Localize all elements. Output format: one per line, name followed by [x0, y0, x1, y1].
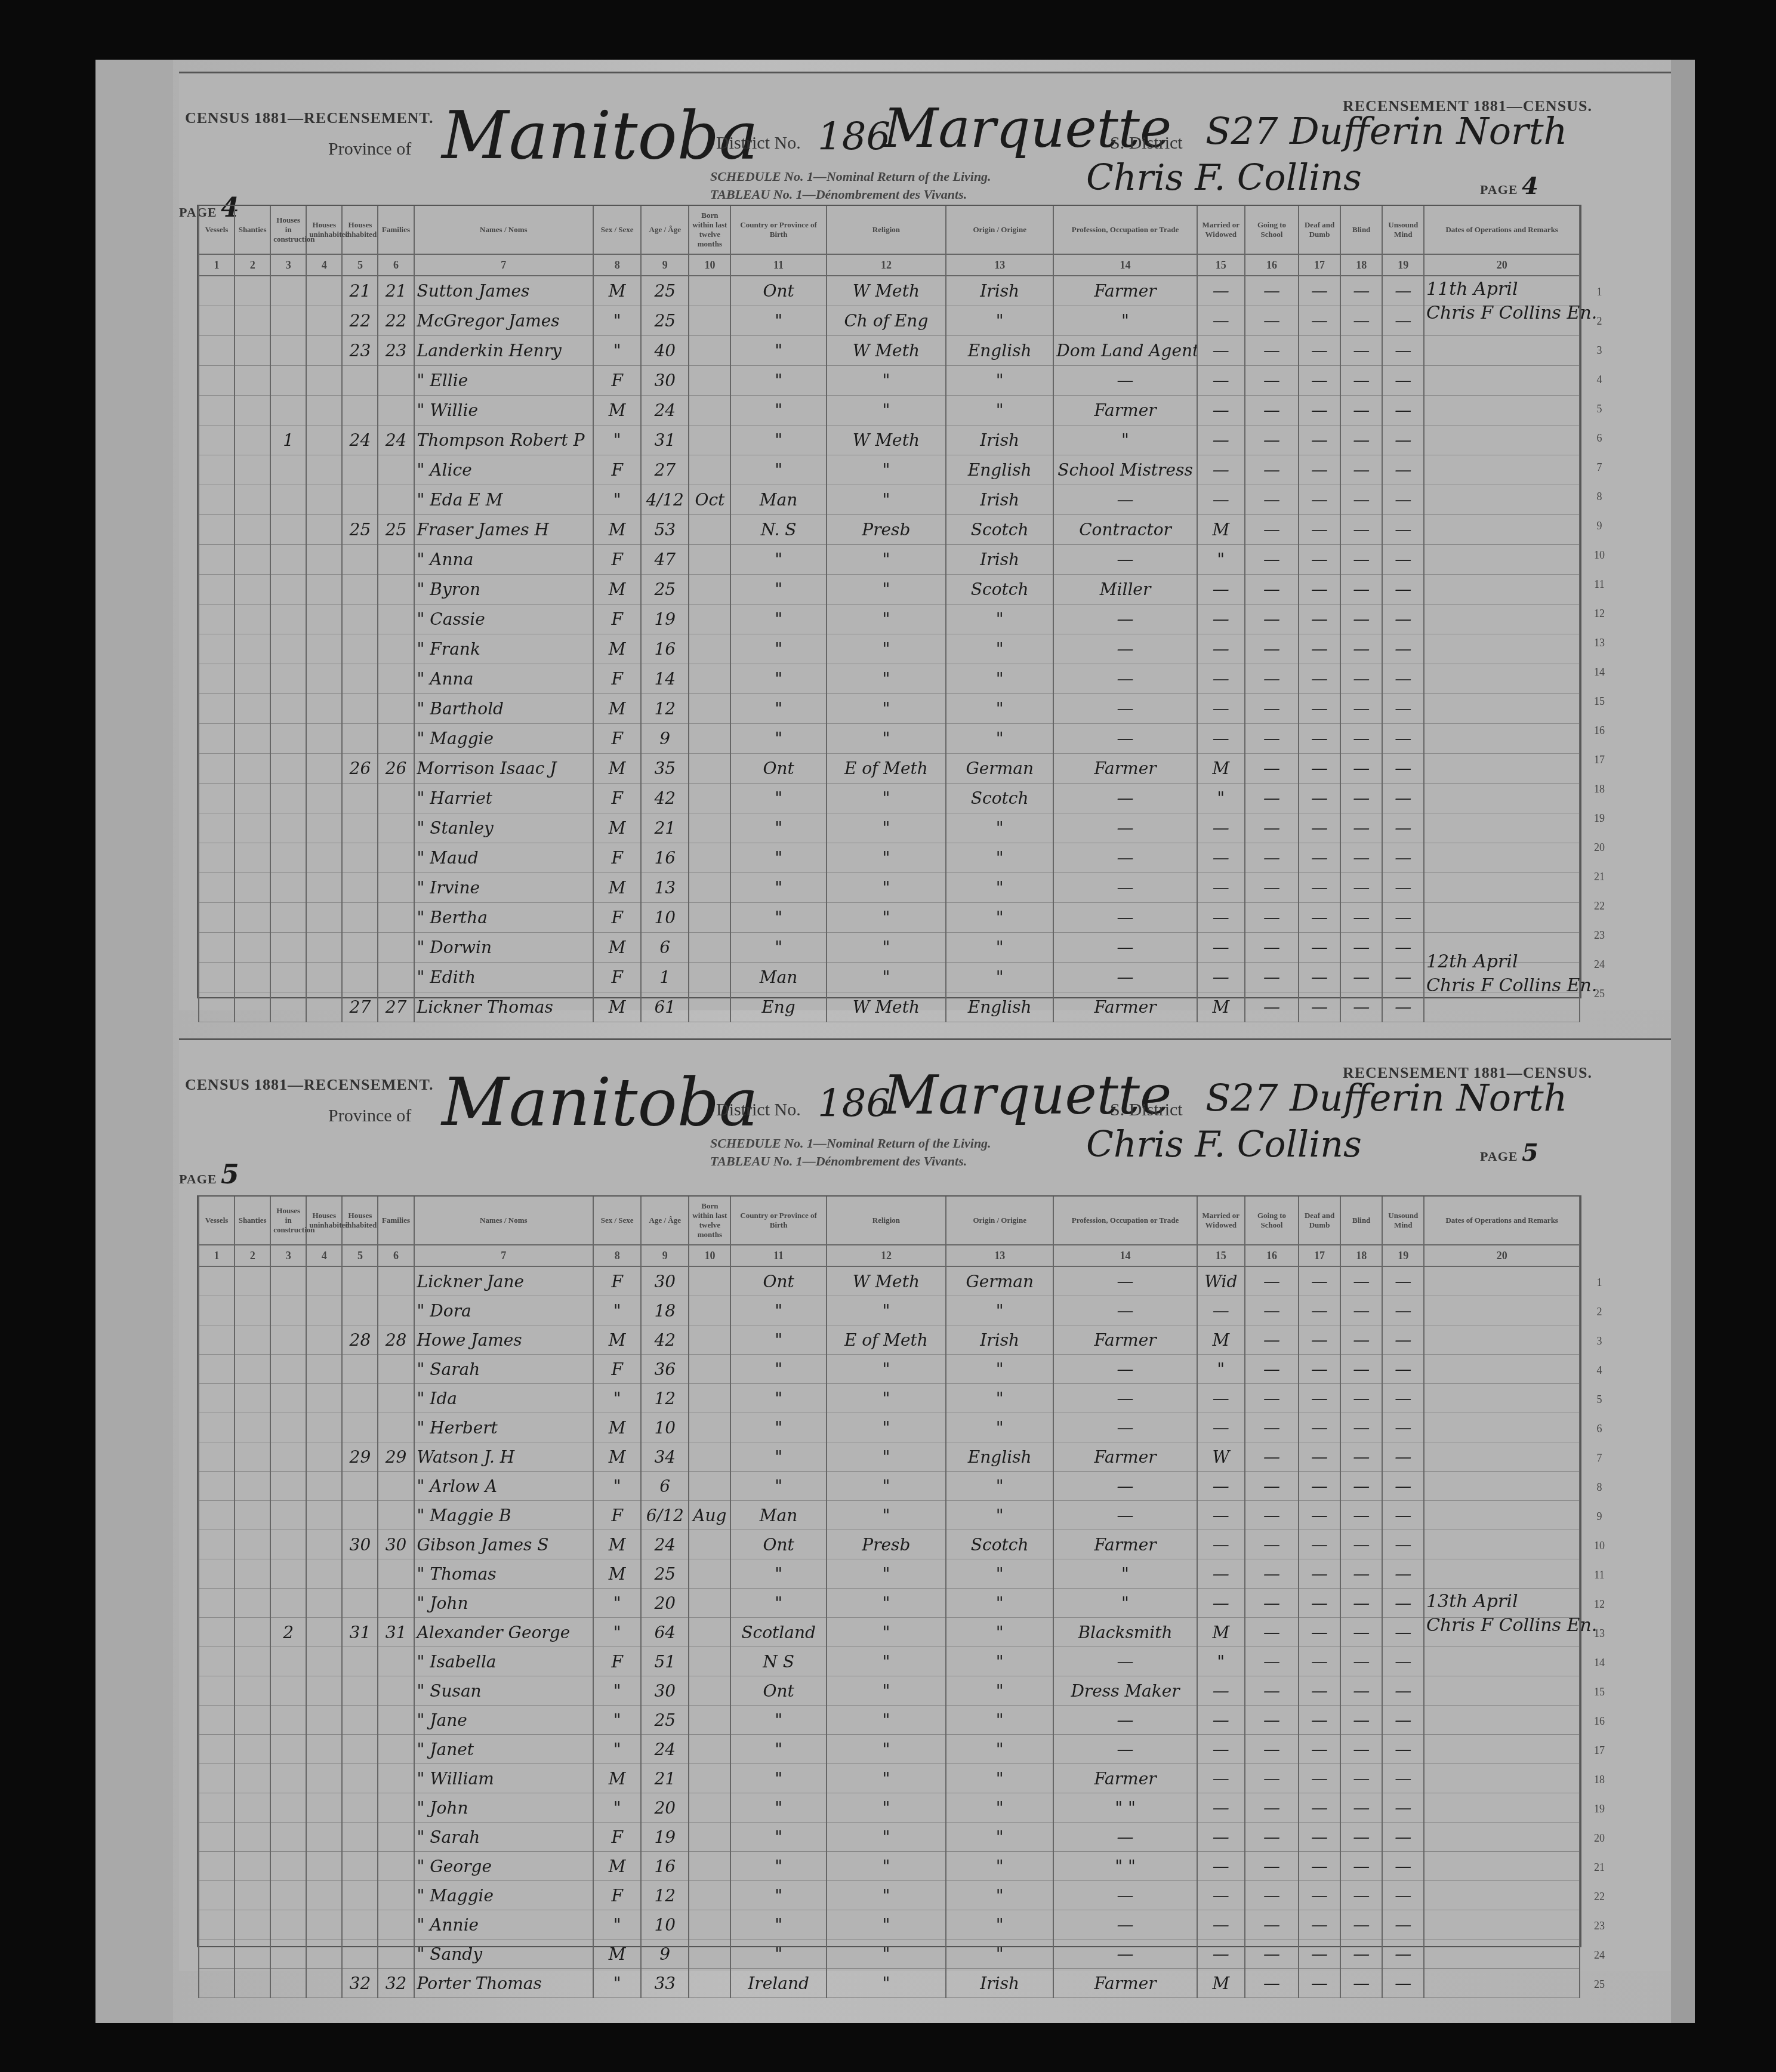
table-cell: [342, 1852, 378, 1881]
table-cell: 24: [342, 425, 378, 455]
table-cell: ": [730, 1589, 826, 1618]
table-cell: [306, 515, 342, 545]
table-row: " Annie"10"""——————: [199, 1910, 1580, 1940]
table-cell: —: [1245, 1559, 1299, 1589]
table-cell: 42: [641, 1325, 689, 1355]
table-cell: —: [1245, 1852, 1299, 1881]
table-cell: ": [946, 1501, 1053, 1530]
table-cell: [306, 1823, 342, 1852]
table-cell: ": [946, 1881, 1053, 1910]
table-cell: Farmer: [1053, 992, 1197, 1022]
table-cell: [199, 873, 235, 903]
table-cell: [342, 963, 378, 992]
table-cell: 42: [641, 784, 689, 813]
table-cell: [1424, 903, 1580, 933]
table-cell: [235, 455, 270, 485]
column-header: Families: [378, 206, 414, 254]
table-cell: [1424, 396, 1580, 425]
table-cell: ": [827, 1647, 946, 1676]
table-cell: [306, 545, 342, 575]
table-cell: [306, 963, 342, 992]
table-cell: ": [593, 1706, 641, 1735]
table-cell: —: [1245, 366, 1299, 396]
table-cell: [1424, 515, 1580, 545]
column-header: Blind: [1340, 206, 1382, 254]
table-cell: [689, 1559, 730, 1589]
table-cell: ": [827, 903, 946, 933]
table-cell: Man: [730, 485, 826, 515]
table-cell: [378, 1413, 414, 1442]
table-cell: ": [593, 425, 641, 455]
table-cell: 28: [378, 1325, 414, 1355]
table-cell: [270, 724, 306, 754]
census-page: CENSUS 1881—RECENSEMENT. Province of Man…: [179, 1038, 1671, 1971]
table-cell: " Sarah: [414, 1355, 594, 1384]
table-cell: —: [1340, 634, 1382, 664]
table-cell: " Susan: [414, 1676, 594, 1706]
table-cell: [342, 1559, 378, 1589]
table-cell: —: [1299, 724, 1340, 754]
table-cell: 16: [641, 634, 689, 664]
table-row: 23131Alexander George"64Scotland""Blacks…: [199, 1618, 1580, 1647]
table-cell: [342, 873, 378, 903]
table-cell: [342, 1266, 378, 1296]
sub-district-label: S. District: [1110, 133, 1183, 153]
table-cell: " Frank: [414, 634, 594, 664]
table-cell: [342, 1940, 378, 1969]
table-cell: —: [1382, 1852, 1424, 1881]
table-cell: ": [730, 694, 826, 724]
table-cell: —: [1299, 455, 1340, 485]
table-cell: [378, 963, 414, 992]
table-cell: M: [593, 754, 641, 784]
table-cell: [270, 754, 306, 784]
row-number: 13: [1587, 628, 1611, 658]
table-cell: 30: [641, 1266, 689, 1296]
table-cell: Ont: [730, 1676, 826, 1706]
table-cell: [689, 336, 730, 366]
table-cell: [306, 813, 342, 843]
table-cell: ": [946, 1355, 1053, 1384]
table-cell: [1424, 784, 1580, 813]
table-cell: E of Meth: [827, 754, 946, 784]
table-cell: 6: [641, 1472, 689, 1501]
table-cell: —: [1299, 1589, 1340, 1618]
table-cell: [235, 276, 270, 306]
table-cell: [342, 1296, 378, 1325]
table-cell: " Cassie: [414, 605, 594, 634]
table-cell: [689, 1706, 730, 1735]
table-cell: " Stanley: [414, 813, 594, 843]
sub-district-label: S. District: [1110, 1100, 1183, 1120]
table-cell: —: [1382, 1501, 1424, 1530]
row-number: 19: [1587, 804, 1611, 833]
table-cell: Gibson James S: [414, 1530, 594, 1559]
table-cell: —: [1053, 366, 1197, 396]
table-cell: [689, 425, 730, 455]
table-cell: [235, 1325, 270, 1355]
table-cell: ": [1197, 784, 1245, 813]
table-cell: [306, 843, 342, 873]
table-cell: [270, 933, 306, 963]
row-number: 15: [1587, 687, 1611, 716]
table-cell: 12: [641, 1384, 689, 1413]
table-cell: W: [1197, 1442, 1245, 1472]
table-cell: [342, 694, 378, 724]
table-cell: [270, 575, 306, 605]
table-cell: " William: [414, 1764, 594, 1793]
table-cell: ": [827, 843, 946, 873]
table-cell: " Dorwin: [414, 933, 594, 963]
table-row: 3232Porter Thomas"33Ireland"IrishFarmerM…: [199, 1969, 1580, 1998]
table-cell: [235, 1559, 270, 1589]
table-cell: [689, 903, 730, 933]
column-header: Dates of Operations and Remarks: [1424, 206, 1580, 254]
table-cell: " ": [1053, 1793, 1197, 1823]
table-cell: [689, 515, 730, 545]
table-cell: —: [1245, 1910, 1299, 1940]
table-cell: [1424, 425, 1580, 455]
table-row: " MaudF16"""——————: [199, 843, 1580, 873]
table-cell: [306, 485, 342, 515]
table-cell: —: [1245, 1472, 1299, 1501]
table-cell: ": [730, 1735, 826, 1764]
table-cell: [378, 1764, 414, 1793]
sub-district-value: S27 Dufferin North: [1205, 1076, 1568, 1120]
table-cell: ": [827, 963, 946, 992]
table-cell: —: [1197, 1472, 1245, 1501]
table-cell: —: [1382, 843, 1424, 873]
table-cell: —: [1245, 545, 1299, 575]
table-cell: [306, 1676, 342, 1706]
table-row: " Janet"24"""——————: [199, 1735, 1580, 1764]
census-title-right: RECENSEMENT 1881—CENSUS.: [1343, 1064, 1592, 1082]
table-cell: [270, 1793, 306, 1823]
table-cell: W Meth: [827, 276, 946, 306]
table-cell: [1424, 1325, 1580, 1355]
table-cell: McGregor James: [414, 306, 594, 336]
table-cell: [342, 575, 378, 605]
table-row: " DorwinM6"""——————: [199, 933, 1580, 963]
table-cell: [689, 634, 730, 664]
table-cell: English: [946, 455, 1053, 485]
table-cell: —: [1197, 694, 1245, 724]
table-row: " StanleyM21"""——————: [199, 813, 1580, 843]
table-cell: —: [1340, 1296, 1382, 1325]
table-cell: [270, 1442, 306, 1472]
table-cell: —: [1245, 903, 1299, 933]
table-cell: 31: [641, 425, 689, 455]
table-cell: [689, 1618, 730, 1647]
table-cell: —: [1053, 1296, 1197, 1325]
table-cell: —: [1299, 1706, 1340, 1735]
table-cell: [199, 276, 235, 306]
table-row: " IsabellaF51N S""—"————: [199, 1647, 1580, 1676]
table-cell: [378, 1472, 414, 1501]
table-cell: Man: [730, 1501, 826, 1530]
table-cell: [689, 784, 730, 813]
column-number: 12: [827, 254, 946, 276]
table-cell: ": [730, 1442, 826, 1472]
table-cell: 20: [641, 1589, 689, 1618]
column-number: 12: [827, 1245, 946, 1266]
table-cell: M: [593, 1559, 641, 1589]
table-cell: [689, 605, 730, 634]
table-cell: —: [1340, 1266, 1382, 1296]
table-cell: [342, 634, 378, 664]
row-number: 5: [1587, 1385, 1611, 1414]
table-cell: 33: [641, 1969, 689, 1998]
table-cell: —: [1382, 1413, 1424, 1442]
table-cell: —: [1340, 1472, 1382, 1501]
table-cell: —: [1299, 366, 1340, 396]
table-cell: [342, 1472, 378, 1501]
census-table-frame: VesselsShantiesHouses in constructionHou…: [197, 205, 1581, 998]
table-cell: M: [1197, 754, 1245, 784]
table-cell: —: [1245, 664, 1299, 694]
table-cell: —: [1245, 605, 1299, 634]
table-cell: —: [1197, 1296, 1245, 1325]
table-cell: [235, 515, 270, 545]
table-cell: " Maggie: [414, 1881, 594, 1910]
table-cell: [199, 455, 235, 485]
table-cell: Irish: [946, 425, 1053, 455]
table-cell: ": [827, 1706, 946, 1735]
table-row: " MaggieF12"""——————: [199, 1881, 1580, 1910]
table-cell: ": [827, 664, 946, 694]
table-cell: ": [827, 1969, 946, 1998]
table-cell: F: [593, 366, 641, 396]
table-cell: [235, 1472, 270, 1501]
table-cell: [342, 1413, 378, 1442]
column-header: Houses uninhabited: [306, 206, 342, 254]
row-number-column: 1234567891011121314151617181920212223242…: [1587, 277, 1611, 1009]
table-cell: [378, 1355, 414, 1384]
table-cell: —: [1197, 485, 1245, 515]
table-cell: [378, 366, 414, 396]
table-cell: 19: [641, 605, 689, 634]
census-title-right: RECENSEMENT 1881—CENSUS.: [1343, 97, 1592, 115]
table-cell: [270, 515, 306, 545]
table-cell: —: [1382, 784, 1424, 813]
row-number: 12: [1587, 599, 1611, 628]
table-cell: ": [946, 1676, 1053, 1706]
table-cell: —: [1197, 1793, 1245, 1823]
table-cell: [199, 963, 235, 992]
table-cell: [378, 1940, 414, 1969]
table-cell: —: [1245, 1296, 1299, 1325]
column-number: 18: [1340, 254, 1382, 276]
table-cell: [342, 605, 378, 634]
table-cell: [306, 1881, 342, 1910]
column-header: Dates of Operations and Remarks: [1424, 1197, 1580, 1245]
table-row: " WilliamM21"""Farmer—————: [199, 1764, 1580, 1793]
column-number: 13: [946, 1245, 1053, 1266]
row-number: 20: [1587, 1824, 1611, 1853]
table-cell: —: [1245, 575, 1299, 605]
table-cell: [235, 1589, 270, 1618]
table-cell: Irish: [946, 276, 1053, 306]
table-cell: [342, 1706, 378, 1735]
table-cell: —: [1340, 1589, 1382, 1618]
table-cell: 30: [641, 1676, 689, 1706]
table-cell: [306, 1706, 342, 1735]
table-cell: ": [593, 1296, 641, 1325]
table-cell: 9: [641, 1940, 689, 1969]
remark-note: 12th April Chris F Collins En.: [1426, 950, 1597, 998]
table-cell: [378, 1501, 414, 1530]
table-cell: —: [1245, 276, 1299, 306]
table-cell: —: [1340, 1413, 1382, 1442]
table-cell: [270, 1530, 306, 1559]
table-cell: [270, 1472, 306, 1501]
table-cell: [306, 1735, 342, 1764]
column-header: Married or Widowed: [1197, 1197, 1245, 1245]
table-cell: ": [730, 724, 826, 754]
table-cell: —: [1340, 903, 1382, 933]
table-cell: —: [1197, 336, 1245, 366]
table-cell: E of Meth: [827, 1325, 946, 1355]
table-cell: —: [1340, 1940, 1382, 1969]
table-cell: —: [1053, 1881, 1197, 1910]
table-cell: —: [1197, 1910, 1245, 1940]
table-cell: Ont: [730, 276, 826, 306]
column-number: 7: [414, 1245, 594, 1266]
table-cell: —: [1245, 933, 1299, 963]
table-cell: [199, 1735, 235, 1764]
table-cell: [235, 1413, 270, 1442]
table-cell: —: [1197, 1676, 1245, 1706]
table-cell: ": [730, 1559, 826, 1589]
column-number: 11: [730, 254, 826, 276]
table-row: " ByronM25""ScotchMiller—————: [199, 575, 1580, 605]
table-cell: —: [1299, 933, 1340, 963]
table-cell: F: [593, 724, 641, 754]
table-cell: Porter Thomas: [414, 1969, 594, 1998]
row-number: 22: [1587, 1882, 1611, 1911]
table-cell: —: [1340, 724, 1382, 754]
table-cell: 47: [641, 545, 689, 575]
table-cell: [306, 1325, 342, 1355]
table-cell: Scotch: [946, 1530, 1053, 1559]
table-cell: —: [1299, 1559, 1340, 1589]
table-cell: [1424, 1501, 1580, 1530]
table-cell: ": [730, 784, 826, 813]
table-cell: F: [593, 1355, 641, 1384]
table-row: 3030Gibson James SM24OntPresbScotchFarme…: [199, 1530, 1580, 1559]
table-cell: [306, 1589, 342, 1618]
table-cell: English: [946, 1442, 1053, 1472]
table-cell: —: [1245, 1793, 1299, 1823]
table-cell: —: [1340, 664, 1382, 694]
table-cell: [342, 366, 378, 396]
table-cell: —: [1382, 545, 1424, 575]
table-cell: ": [827, 1823, 946, 1852]
table-row: " HarrietF42""Scotch—"————: [199, 784, 1580, 813]
table-cell: " Maggie: [414, 724, 594, 754]
table-cell: [342, 933, 378, 963]
table-cell: —: [1245, 634, 1299, 664]
table-cell: [306, 1559, 342, 1589]
table-cell: —: [1382, 1764, 1424, 1793]
table-cell: [378, 1706, 414, 1735]
table-cell: ": [827, 1735, 946, 1764]
table-cell: [199, 1881, 235, 1910]
column-number: 20: [1424, 254, 1580, 276]
table-cell: M: [593, 1530, 641, 1559]
table-cell: —: [1340, 396, 1382, 425]
table-cell: F: [593, 1266, 641, 1296]
table-cell: ": [730, 1940, 826, 1969]
table-cell: [378, 1881, 414, 1910]
table-cell: ": [827, 1793, 946, 1823]
table-cell: ": [946, 843, 1053, 873]
table-cell: [199, 784, 235, 813]
table-cell: " Isabella: [414, 1647, 594, 1676]
table-row: 2222McGregor James"25"Ch of Eng""—————: [199, 306, 1580, 336]
column-header: Houses inhabited: [342, 206, 378, 254]
table-cell: [199, 575, 235, 605]
row-number: 6: [1587, 1414, 1611, 1444]
table-cell: German: [946, 754, 1053, 784]
table-cell: —: [1382, 425, 1424, 455]
column-header: Profession, Occupation or Trade: [1053, 206, 1197, 254]
table-cell: [342, 784, 378, 813]
column-number: 4: [306, 1245, 342, 1266]
table-cell: —: [1340, 1501, 1382, 1530]
table-cell: —: [1382, 336, 1424, 366]
table-cell: [235, 813, 270, 843]
schedule-title: SCHEDULE No. 1—Nominal Return of the Liv…: [710, 1136, 991, 1151]
table-cell: [378, 1793, 414, 1823]
table-cell: —: [1340, 515, 1382, 545]
table-cell: [342, 1793, 378, 1823]
table-cell: [199, 1501, 235, 1530]
table-cell: 10: [641, 1910, 689, 1940]
table-cell: 29: [378, 1442, 414, 1472]
column-number: 16: [1245, 254, 1299, 276]
table-cell: [342, 664, 378, 694]
table-cell: —: [1245, 1647, 1299, 1676]
table-cell: [306, 276, 342, 306]
row-number: 21: [1587, 862, 1611, 892]
table-cell: [235, 545, 270, 575]
table-cell: ": [827, 1355, 946, 1384]
table-cell: [235, 903, 270, 933]
table-cell: —: [1340, 694, 1382, 724]
table-cell: ": [1053, 306, 1197, 336]
table-cell: N S: [730, 1647, 826, 1676]
table-cell: —: [1245, 754, 1299, 784]
column-header: Country or Province of Birth: [730, 1197, 826, 1245]
table-row: " FrankM16"""——————: [199, 634, 1580, 664]
table-cell: [235, 396, 270, 425]
table-cell: [378, 1852, 414, 1881]
page-label-left: PAGE 5: [179, 1160, 240, 1190]
table-cell: [1424, 455, 1580, 485]
table-cell: 21: [641, 813, 689, 843]
table-cell: [1424, 873, 1580, 903]
table-cell: ": [827, 1881, 946, 1910]
table-cell: [306, 634, 342, 664]
table-cell: [199, 664, 235, 694]
table-cell: [270, 485, 306, 515]
table-cell: —: [1299, 694, 1340, 724]
table-cell: ": [730, 1706, 826, 1735]
table-cell: —: [1382, 963, 1424, 992]
column-header: Origin / Origine: [946, 206, 1053, 254]
table-cell: —: [1340, 1325, 1382, 1355]
